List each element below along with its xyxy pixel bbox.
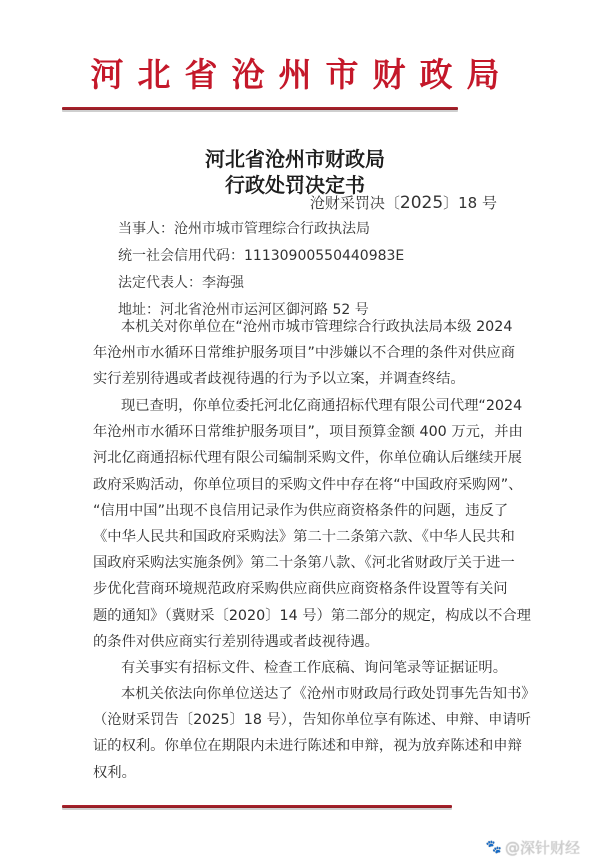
text-line: 有关事实有招标文件、检查工作底稿、询问笔录等证据证明。 bbox=[93, 655, 507, 681]
text-line: 《中华人民共和国政府采购法》第二十二条第六款、《中华人民共和 bbox=[93, 524, 507, 550]
text-line: （沧财采罚告〔2025〕18 号），告知你单位享有陈述、申辩、申请听 bbox=[93, 707, 507, 733]
masthead-title: 河北省沧州市财政局 bbox=[0, 55, 590, 95]
paragraph-evidence: 有关事实有招标文件、检查工作底稿、询问笔录等证据证明。 bbox=[93, 655, 507, 681]
paragraph-notification: 本机关依法向你单位送达了《沧州市财政局行政处罚事先告知书》 （沧财采罚告〔202… bbox=[93, 681, 507, 786]
text-line: 年沧州市水循环日常维护服务项目”，项目预算金额 400 万元，并由 bbox=[93, 419, 507, 445]
paragraph-findings: 现已查明，你单位委托河北亿商通招标代理有限公司代理“2024 年沧州市水循环日常… bbox=[93, 393, 507, 655]
masthead-divider bbox=[62, 107, 458, 110]
text-line: 权利。 bbox=[93, 760, 507, 786]
paw-icon: 🐾 bbox=[486, 840, 502, 855]
text-line: 现已查明，你单位委托河北亿商通招标代理有限公司代理“2024 bbox=[93, 393, 507, 419]
text-line: 政府采购活动，你单位项目的采购文件中存在将“中国政府采购网”、 bbox=[93, 472, 507, 498]
text-line: 实行差别待遇或者歧视待遇的行为予以立案，并调查终结。 bbox=[93, 366, 507, 392]
document-number: 沧财采罚决〔2025〕18 号 bbox=[310, 192, 497, 213]
document-number-suffix: 〕18 号 bbox=[443, 194, 497, 212]
document-type: 行政处罚决定书 bbox=[0, 169, 590, 198]
document-number-prefix: 沧财采罚决〔 bbox=[310, 194, 400, 212]
party-field: 当事人：沧州市城市管理综合行政执法局 bbox=[118, 218, 370, 238]
text-line: 河北亿商通招标代理有限公司编制采购文件，你单位确认后继续开展 bbox=[93, 445, 507, 471]
credit-code-field: 统一社会信用代码：11130900550440983E bbox=[118, 245, 404, 265]
watermark-text: @深针财经 bbox=[505, 837, 580, 858]
text-line: “信用中国”出现不良信用记录作为供应商资格条件的问题，违反了 bbox=[93, 498, 507, 524]
text-line: 年沧州市水循环日常维护服务项目”中涉嫌以不合理的条件对供应商 bbox=[93, 340, 507, 366]
text-line: 国政府采购法实施条例》第二十条第八款、《河北省财政厅关于进一 bbox=[93, 550, 507, 576]
document-number-year: 2025 bbox=[400, 193, 443, 213]
text-line: 本机关对你单位在“沧州市城市管理综合行政执法局本级 2024 bbox=[93, 314, 507, 340]
text-line: 题的通知》（冀财采〔2020〕14 号）第二部分的规定，构成以不合理 bbox=[93, 603, 507, 629]
footer-divider bbox=[62, 805, 452, 808]
text-line: 步优化营商环境规范政府采购供应商供应商资格条件设置等有关问 bbox=[93, 576, 507, 602]
text-line: 本机关依法向你单位送达了《沧州市财政局行政处罚事先告知书》 bbox=[93, 681, 507, 707]
paragraph-case-filing: 本机关对你单位在“沧州市城市管理综合行政执法局本级 2024 年沧州市水循环日常… bbox=[93, 314, 507, 393]
text-line: 证的权利。你单位在期限内未进行陈述和申辩，视为放弃陈述和申辩 bbox=[93, 733, 507, 759]
source-watermark: 🐾 @深针财经 bbox=[486, 837, 580, 858]
text-line: 的条件对供应商实行差别待遇或者歧视待遇。 bbox=[93, 629, 507, 655]
document-issuer: 河北省沧州市财政局 bbox=[0, 143, 590, 172]
legal-rep-field: 法定代表人：李海强 bbox=[118, 272, 244, 292]
